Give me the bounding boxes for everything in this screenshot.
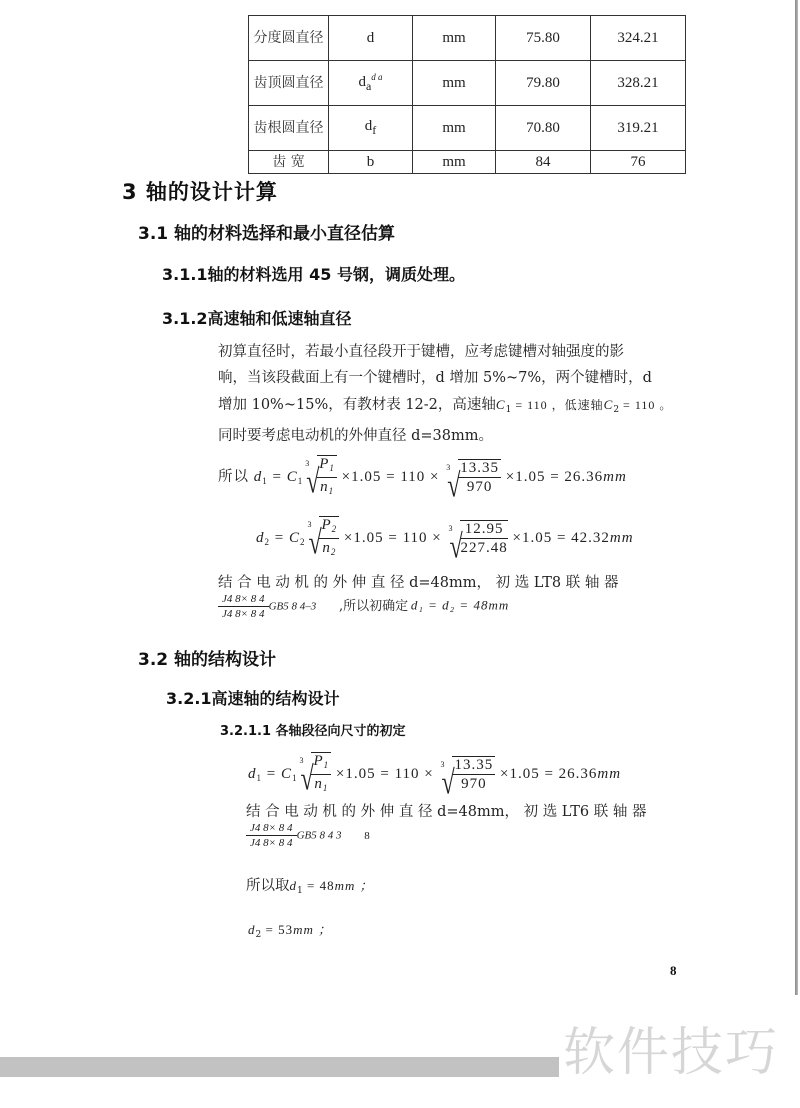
cube-root: 3√12.95227.48 [446, 520, 507, 557]
table-row: 齿顶圆直径 dad a mm 79.80 328.21 [249, 61, 686, 106]
body-text-line: 增加 10%~15%，有教材表 12-2，高速轴C1 = 110 ，低速轴C2 … [218, 393, 672, 415]
param-symbol: df [329, 106, 413, 151]
heading-section-3-1-2: 3.1.2高速轴和低速轴直径 [162, 306, 352, 329]
table-row: 齿 宽 b mm 84 76 [249, 151, 686, 174]
param-value-2: 328.21 [591, 61, 686, 106]
watermark-text: 软件技巧 [563, 1010, 779, 1085]
param-value-1: 75.80 [496, 16, 591, 61]
equation-d1-repeat: d1 = C13√P1n1 ×1.05 = 110 × 3√13.35970 ×… [248, 752, 621, 797]
body-text-line: 初算直径时，若最小直径段开于键槽，应考虑键槽对轴强度的影 [218, 340, 624, 361]
param-value-1: 79.80 [496, 61, 591, 106]
heading-section-3-1: 3.1 轴的材料选择和最小直径估算 [138, 219, 395, 244]
param-name: 齿 宽 [249, 151, 329, 174]
body-text-line: 结 合 电 动 机 的 外 伸 直 径 d=48mm， 初 选 LT8 联 轴 … [218, 571, 618, 592]
gear-parameters-table: 分度圆直径 d mm 75.80 324.21 齿顶圆直径 dad a mm 7… [248, 15, 686, 174]
param-value-1: 70.80 [496, 106, 591, 151]
equation-d1: 所以 d1 = C13√P1n1 ×1.05 = 110 × 3√13.3597… [218, 455, 627, 500]
body-text-line: 同时要考虑电动机的外伸直径 d=38mm。 [218, 424, 493, 445]
cube-root: 3√P1n1 [297, 752, 331, 797]
table-row: 分度圆直径 d mm 75.80 324.21 [249, 16, 686, 61]
param-value-2: 324.21 [591, 16, 686, 61]
heading-section-3-1-1: 3.1.1轴的材料选用 45 号钢，调质处理。 [162, 262, 465, 285]
body-text-line: 响，当该段截面上有一个键槽时，d 增加 5%~7%，两个键槽时，d [218, 366, 652, 387]
heading-section-3-2-1-1: 3.2.1.1 各轴段径向尺寸的初定 [220, 720, 406, 739]
param-name: 齿根圆直径 [249, 106, 329, 151]
param-name: 齿顶圆直径 [249, 61, 329, 106]
heading-section-3: 3 轴的设计计算 [122, 176, 278, 206]
body-text-line: d2 = 53mm ； [248, 919, 332, 940]
body-text-line: 结 合 电 动 机 的 外 伸 直 径 d=48mm， 初 选 LT6 联 轴 … [246, 800, 646, 821]
param-value-2: 319.21 [591, 106, 686, 151]
heading-section-3-2-1: 3.2.1高速轴的结构设计 [166, 686, 340, 709]
cube-root: 3√P1n1 [303, 455, 337, 500]
cube-root: 3√13.35970 [438, 756, 495, 793]
bottom-gray-bar [0, 1057, 559, 1077]
param-value-2: 76 [591, 151, 686, 174]
param-symbol: b [329, 151, 413, 174]
param-unit: mm [413, 61, 496, 106]
coupling-spec: J4 8× 8 4J4 8× 8 4GB5 8 4–3 ,所以初确定 d₁ = … [218, 593, 509, 621]
cube-root: 3√13.35970 [444, 459, 501, 496]
param-unit: mm [413, 151, 496, 174]
param-unit: mm [413, 106, 496, 151]
coupling-spec: J4 8× 8 4J4 8× 8 4GB5 8 4 3 8 [246, 822, 370, 850]
param-unit: mm [413, 16, 496, 61]
cube-root: 3√P2n2 [305, 516, 339, 561]
heading-section-3-2: 3.2 轴的结构设计 [138, 645, 276, 670]
param-name: 分度圆直径 [249, 16, 329, 61]
param-value-1: 84 [496, 151, 591, 174]
equation-d2: d2 = C23√P2n2 ×1.05 = 110 × 3√12.95227.4… [256, 516, 634, 561]
param-symbol: d [329, 16, 413, 61]
page-number: 8 [670, 963, 677, 979]
body-text-line: 所以取d1 = 48mm ； [246, 874, 374, 896]
page-edge-line [795, 0, 798, 995]
table-row: 齿根圆直径 df mm 70.80 319.21 [249, 106, 686, 151]
param-symbol: dad a [329, 61, 413, 106]
